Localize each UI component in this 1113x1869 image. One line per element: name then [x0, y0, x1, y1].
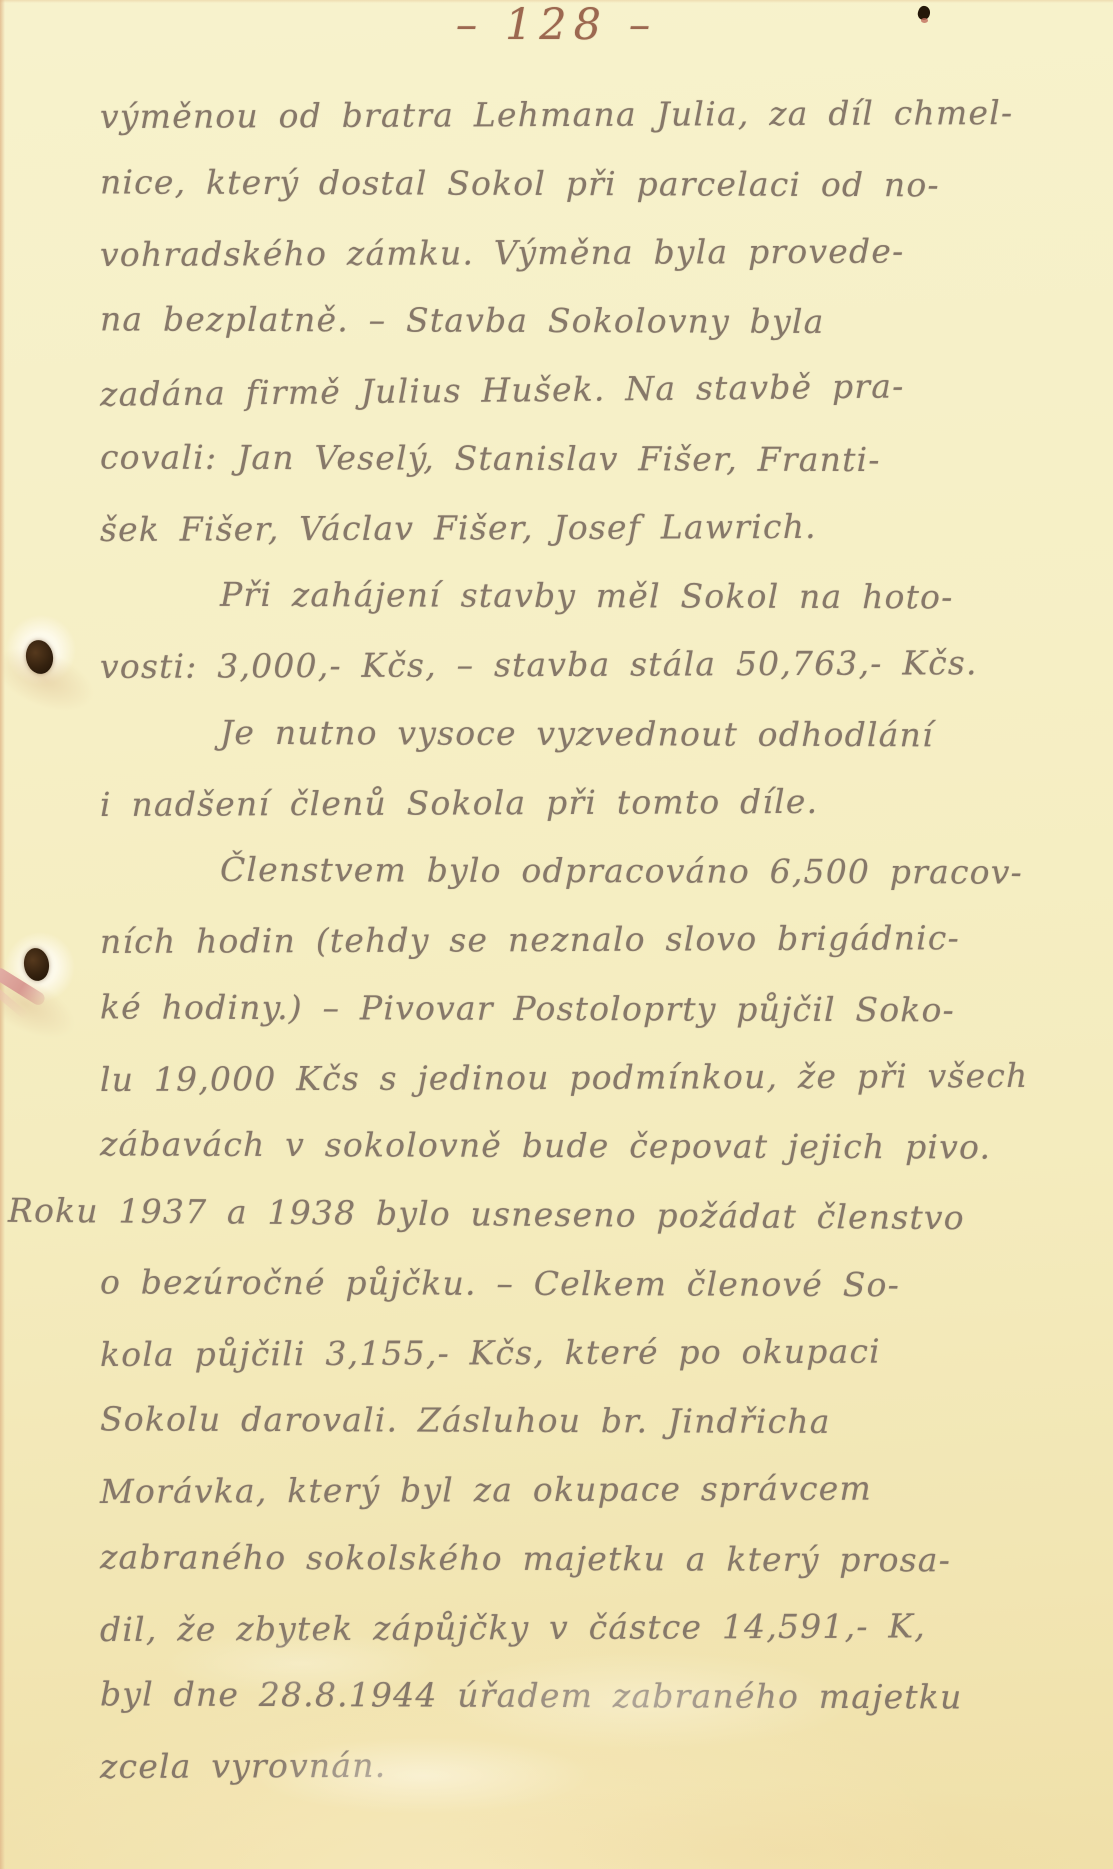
handwritten-line-8: Při zahájení stavby měl Sokol na hoto- [0, 560, 1113, 633]
handwritten-line-15: lu 19,000 Kčs s jedinou podmínkou, že př… [0, 1041, 1113, 1115]
handwritten-line-5: zadána firmě Julius Hušek. Na stavbě pra… [0, 350, 1113, 430]
handwritten-line-11: i nadšení členů Sokola při tomto díle. [0, 766, 1113, 840]
handwritten-line-12: Členstvem bylo odpracováno 6,500 pracov- [0, 835, 1113, 908]
handwritten-line-18: o bezúročné půjčku. – Celkem členové So- [0, 1248, 1113, 1321]
handwritten-line-16: zábavách v sokolovně bude čepovat jejich… [0, 1110, 1113, 1183]
handwritten-line-23: dil, že zbytek zápůjčky v částce 14,591,… [0, 1591, 1113, 1665]
handwritten-line-3: vohradského zámku. Výměna byla provede- [0, 216, 1113, 290]
handwritten-line-13: ních hodin (tehdy se neznalo slovo brigá… [0, 904, 1113, 978]
handwritten-line-19: kola půjčili 3,155,- Kčs, které po okupa… [0, 1316, 1113, 1390]
scanned-manuscript-page: – 128 – výměnou od bratra Lehmana Julia,… [0, 0, 1113, 1869]
handwritten-line-4: na bezplatně. – Stavba Sokolovny byla [0, 285, 1113, 358]
handwritten-line-10: Je nutno vysoce vyzvednout odhodlání [0, 698, 1113, 771]
handwritten-line-22: zabraného sokolského majetku a který pro… [0, 1523, 1113, 1596]
handwritten-line-9: vosti: 3,000,- Kčs, – stavba stála 50,76… [0, 629, 1113, 703]
handwritten-line-2: nice, který dostal Sokol při parcelaci o… [0, 148, 1113, 221]
handwritten-line-1: výměnou od bratra Lehmana Julia, za díl … [0, 79, 1113, 153]
handwritten-line-20: Sokolu darovali. Zásluhou br. Jindřicha [0, 1385, 1113, 1458]
handwritten-line-6: covali: Jan Veselý, Stanislav Fišer, Fra… [0, 423, 1113, 496]
page-number: – 128 – [0, 0, 1113, 54]
handwritten-line-7: šek Fišer, Václav Fišer, Josef Lawrich. [0, 491, 1113, 565]
handwritten-line-17: Roku 1937 a 1938 bylo usneseno požádat č… [0, 1177, 1113, 1254]
handwritten-line-14: ké hodiny.) – Pivovar Postoloprty půjčil… [0, 973, 1113, 1046]
ink-speck-red [921, 18, 928, 23]
manuscript-lines: výměnou od bratra Lehmana Julia, za díl … [0, 81, 1113, 1800]
handwritten-line-25: zcela vyrovnán. [0, 1729, 1113, 1803]
handwritten-line-21: Morávka, který byl za okupace správcem [0, 1454, 1113, 1528]
handwritten-line-24: byl dne 28.8.1944 úřadem zabraného majet… [0, 1660, 1113, 1733]
